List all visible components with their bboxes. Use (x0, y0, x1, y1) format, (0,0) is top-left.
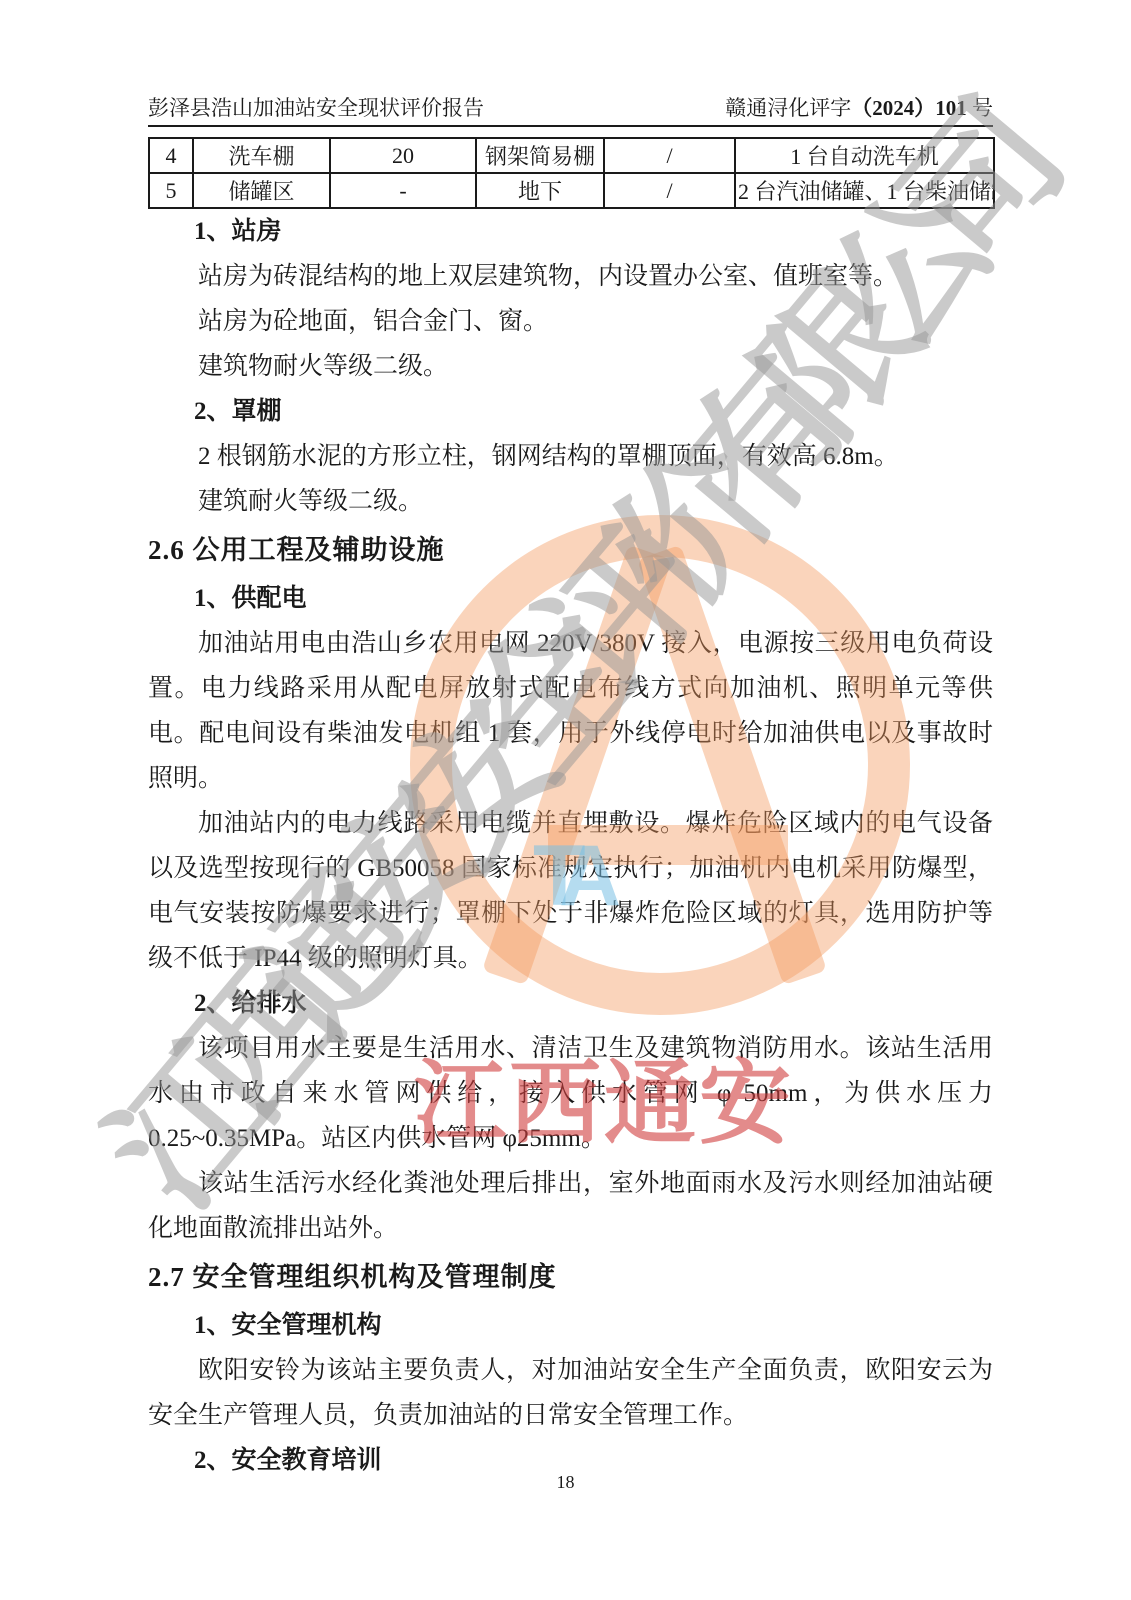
facility-table: 4 洗车棚 20 钢架简易棚 / 1 台自动洗车机 5 储罐区 - 地下 / 2… (148, 137, 995, 209)
body-text: 1、站房 站房为砖混结构的地上双层建筑物，内设置办公室、值班室等。 站房为砼地面… (148, 209, 993, 1483)
paragraph: 该项目用水主要是生活用水、清洁卫生及建筑物消防用水。该站生活用水由市政自来水管网… (148, 1026, 993, 1161)
header-doc-number-bold: （2024）101 (851, 96, 967, 120)
subheading-power-supply: 1、供配电 (148, 576, 993, 621)
content-column: 彭泽县浩山加油站安全现状评价报告 赣通浔化评字（2024）101 号 4 洗车棚… (148, 96, 993, 1483)
paragraph: 站房为砖混结构的地上双层建筑物，内设置办公室、值班室等。 (148, 254, 993, 299)
cell-description: 2 台汽油储罐、1 台柴油储罐 (735, 173, 994, 208)
header-doc-number-prefix: 赣通浔化评字 (725, 96, 851, 120)
section-heading-2-6: 2.6 公用工程及辅助设施 (148, 524, 993, 576)
cell-item-name: 洗车棚 (193, 138, 330, 173)
table-row: 5 储罐区 - 地下 / 2 台汽油储罐、1 台柴油储罐 (149, 173, 994, 208)
cell-structure: 地下 (476, 173, 604, 208)
cell-row-number: 4 (149, 138, 193, 173)
page-number: 18 (0, 1472, 1131, 1493)
paragraph: 建筑耐火等级二级。 (148, 479, 993, 524)
cell-area: - (330, 173, 476, 208)
paragraph: 加油站内的电力线路采用电缆并直埋敷设。爆炸危险区域内的电气设备以及选型按现行的 … (148, 801, 993, 981)
paragraph: 2 根钢筋水泥的方形立柱，钢网结构的罩棚顶面，有效高 6.8m。 (148, 434, 993, 479)
header-report-title: 彭泽县浩山加油站安全现状评价报告 (148, 96, 484, 120)
subheading-station-house: 1、站房 (148, 209, 993, 254)
cell-item-name: 储罐区 (193, 173, 330, 208)
header-document-number: 赣通浔化评字（2024）101 号 (725, 96, 993, 120)
page-header: 彭泽县浩山加油站安全现状评价报告 赣通浔化评字（2024）101 号 (148, 96, 993, 127)
subheading-safety-org: 1、安全管理机构 (148, 1303, 993, 1348)
cell-slash: / (604, 138, 735, 173)
cell-row-number: 5 (149, 173, 193, 208)
paragraph: 该站生活污水经化粪池处理后排出，室外地面雨水及污水则经加油站硬化地面散流排出站外… (148, 1161, 993, 1251)
paragraph: 建筑物耐火等级二级。 (148, 344, 993, 389)
cell-description: 1 台自动洗车机 (735, 138, 994, 173)
cell-slash: / (604, 173, 735, 208)
cell-area: 20 (330, 138, 476, 173)
cell-structure: 钢架简易棚 (476, 138, 604, 173)
table-row: 4 洗车棚 20 钢架简易棚 / 1 台自动洗车机 (149, 138, 994, 173)
paragraph: 加油站用电由浩山乡农用电网 220V/380V 接入，电源按三级用电负荷设置。电… (148, 621, 993, 801)
header-doc-number-suffix: 号 (967, 96, 993, 120)
paragraph: 站房为砼地面，铝合金门、窗。 (148, 299, 993, 344)
document-page: 彭泽县浩山加油站安全现状评价报告 赣通浔化评字（2024）101 号 4 洗车棚… (0, 0, 1131, 1600)
paragraph: 欧阳安铃为该站主要负责人，对加油站安全生产全面负责，欧阳安云为安全生产管理人员，… (148, 1348, 993, 1438)
subheading-canopy: 2、罩棚 (148, 389, 993, 434)
section-heading-2-7: 2.7 安全管理组织机构及管理制度 (148, 1251, 993, 1303)
subheading-water-supply: 2、给排水 (148, 981, 993, 1026)
